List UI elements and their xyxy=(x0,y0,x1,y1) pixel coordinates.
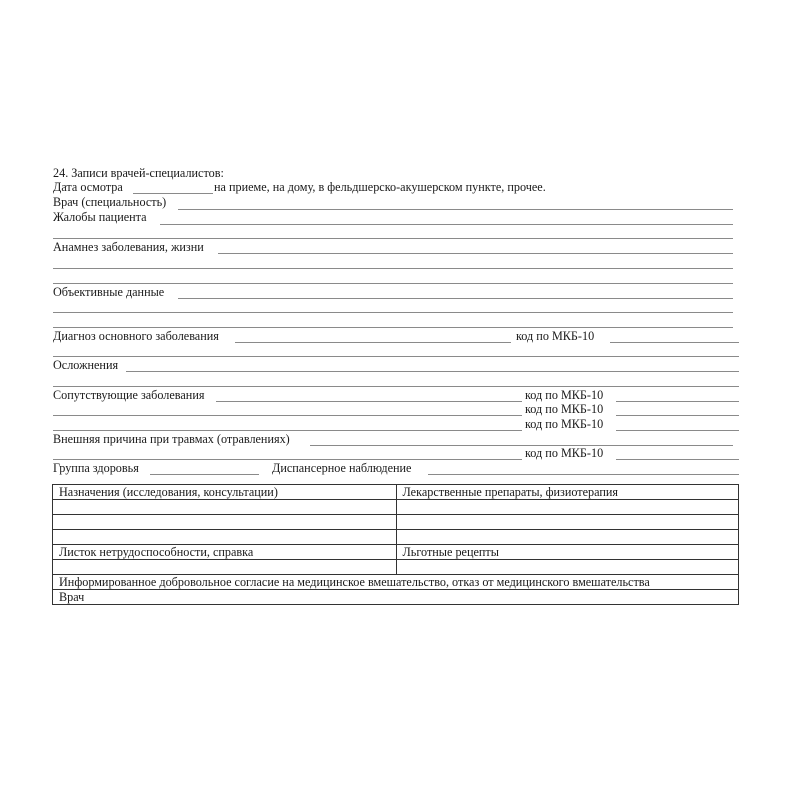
dispensary-label: Диспансерное наблюдение xyxy=(272,461,411,475)
anamnesis-field[interactable] xyxy=(218,253,733,254)
comorbidities-icd-field-1[interactable] xyxy=(616,401,739,402)
table-row: Информированное добровольное согласие на… xyxy=(53,575,739,590)
table-row xyxy=(53,530,739,545)
complaints-field-line-2[interactable] xyxy=(53,238,733,239)
anamnesis-field-line-2[interactable] xyxy=(53,268,733,269)
anamnesis-label: Анамнез заболевания, жизни xyxy=(53,240,204,254)
exam-place-options: на приеме, на дому, в фельдшерско-акушер… xyxy=(214,180,546,194)
external-cause-field-line-2[interactable] xyxy=(53,459,522,460)
main-diagnosis-field[interactable] xyxy=(235,342,511,343)
table-row: Назначения (исследования, консультации) … xyxy=(53,485,739,500)
main-diagnosis-field-line-2[interactable] xyxy=(53,356,739,357)
appointments-cell-1[interactable] xyxy=(53,500,397,515)
table-row: Листок нетрудоспособности, справка Льгот… xyxy=(53,545,739,560)
health-group-field[interactable] xyxy=(150,474,259,475)
external-cause-icd-field[interactable] xyxy=(616,459,739,460)
medications-cell-3[interactable] xyxy=(396,530,739,545)
doctor-signature-cell[interactable]: Врач xyxy=(53,590,739,605)
exam-date-label: Дата осмотра xyxy=(53,180,123,194)
comorbidities-label: Сопутствующие заболевания xyxy=(53,388,204,402)
medications-cell-2[interactable] xyxy=(396,515,739,530)
objective-data-field-line-2[interactable] xyxy=(53,312,733,313)
objective-data-field[interactable] xyxy=(178,298,733,299)
comorbidities-field-line-3[interactable] xyxy=(53,430,522,431)
sick-leave-cell[interactable] xyxy=(53,560,397,575)
comorbidities-icd-label-2: код по МКБ-10 xyxy=(525,402,603,416)
external-cause-icd-label: код по МКБ-10 xyxy=(525,446,603,460)
doctor-specialty-label: Врач (специальность) xyxy=(53,195,166,209)
external-cause-field[interactable] xyxy=(310,445,733,446)
preferential-prescriptions-cell[interactable] xyxy=(396,560,739,575)
complaints-field[interactable] xyxy=(160,224,733,225)
objective-data-label: Объективные данные xyxy=(53,285,164,299)
appointments-cell-2[interactable] xyxy=(53,515,397,530)
complications-field[interactable] xyxy=(126,371,739,372)
appointments-header: Назначения (исследования, консультации) xyxy=(53,485,397,500)
table-row: Врач xyxy=(53,590,739,605)
medications-cell-1[interactable] xyxy=(396,500,739,515)
comorbidities-field-line-2[interactable] xyxy=(53,415,522,416)
dispensary-field[interactable] xyxy=(428,474,739,475)
objective-data-field-line-3[interactable] xyxy=(53,327,733,328)
complaints-label: Жалобы пациента xyxy=(53,210,147,224)
table-row xyxy=(53,560,739,575)
table-row xyxy=(53,515,739,530)
main-diagnosis-label: Диагноз основного заболевания xyxy=(53,329,219,343)
main-diagnosis-icd-label: код по МКБ-10 xyxy=(516,329,594,343)
prescriptions-table: Назначения (исследования, консультации) … xyxy=(52,484,739,605)
comorbidities-icd-label-1: код по МКБ-10 xyxy=(525,388,603,402)
comorbidities-field[interactable] xyxy=(216,401,522,402)
complications-label: Осложнения xyxy=(53,358,118,372)
appointments-cell-3[interactable] xyxy=(53,530,397,545)
exam-date-field[interactable] xyxy=(133,193,213,194)
external-cause-label: Внешняя причина при травмах (отравлениях… xyxy=(53,432,290,446)
doctor-specialty-field[interactable] xyxy=(178,209,733,210)
health-group-label: Группа здоровья xyxy=(53,461,139,475)
comorbidities-icd-field-3[interactable] xyxy=(616,430,739,431)
main-diagnosis-icd-field[interactable] xyxy=(610,342,739,343)
comorbidities-icd-field-2[interactable] xyxy=(616,415,739,416)
consent-text: Информированное добровольное согласие на… xyxy=(53,575,739,590)
comorbidities-icd-label-3: код по МКБ-10 xyxy=(525,417,603,431)
sick-leave-header: Листок нетрудоспособности, справка xyxy=(53,545,397,560)
table-row xyxy=(53,500,739,515)
preferential-prescriptions-header: Льготные рецепты xyxy=(396,545,739,560)
complications-field-line-2[interactable] xyxy=(53,386,739,387)
medications-header: Лекарственные препараты, физиотерапия xyxy=(396,485,739,500)
anamnesis-field-line-3[interactable] xyxy=(53,283,733,284)
section-title: 24. Записи врачей-специалистов: xyxy=(53,166,224,180)
